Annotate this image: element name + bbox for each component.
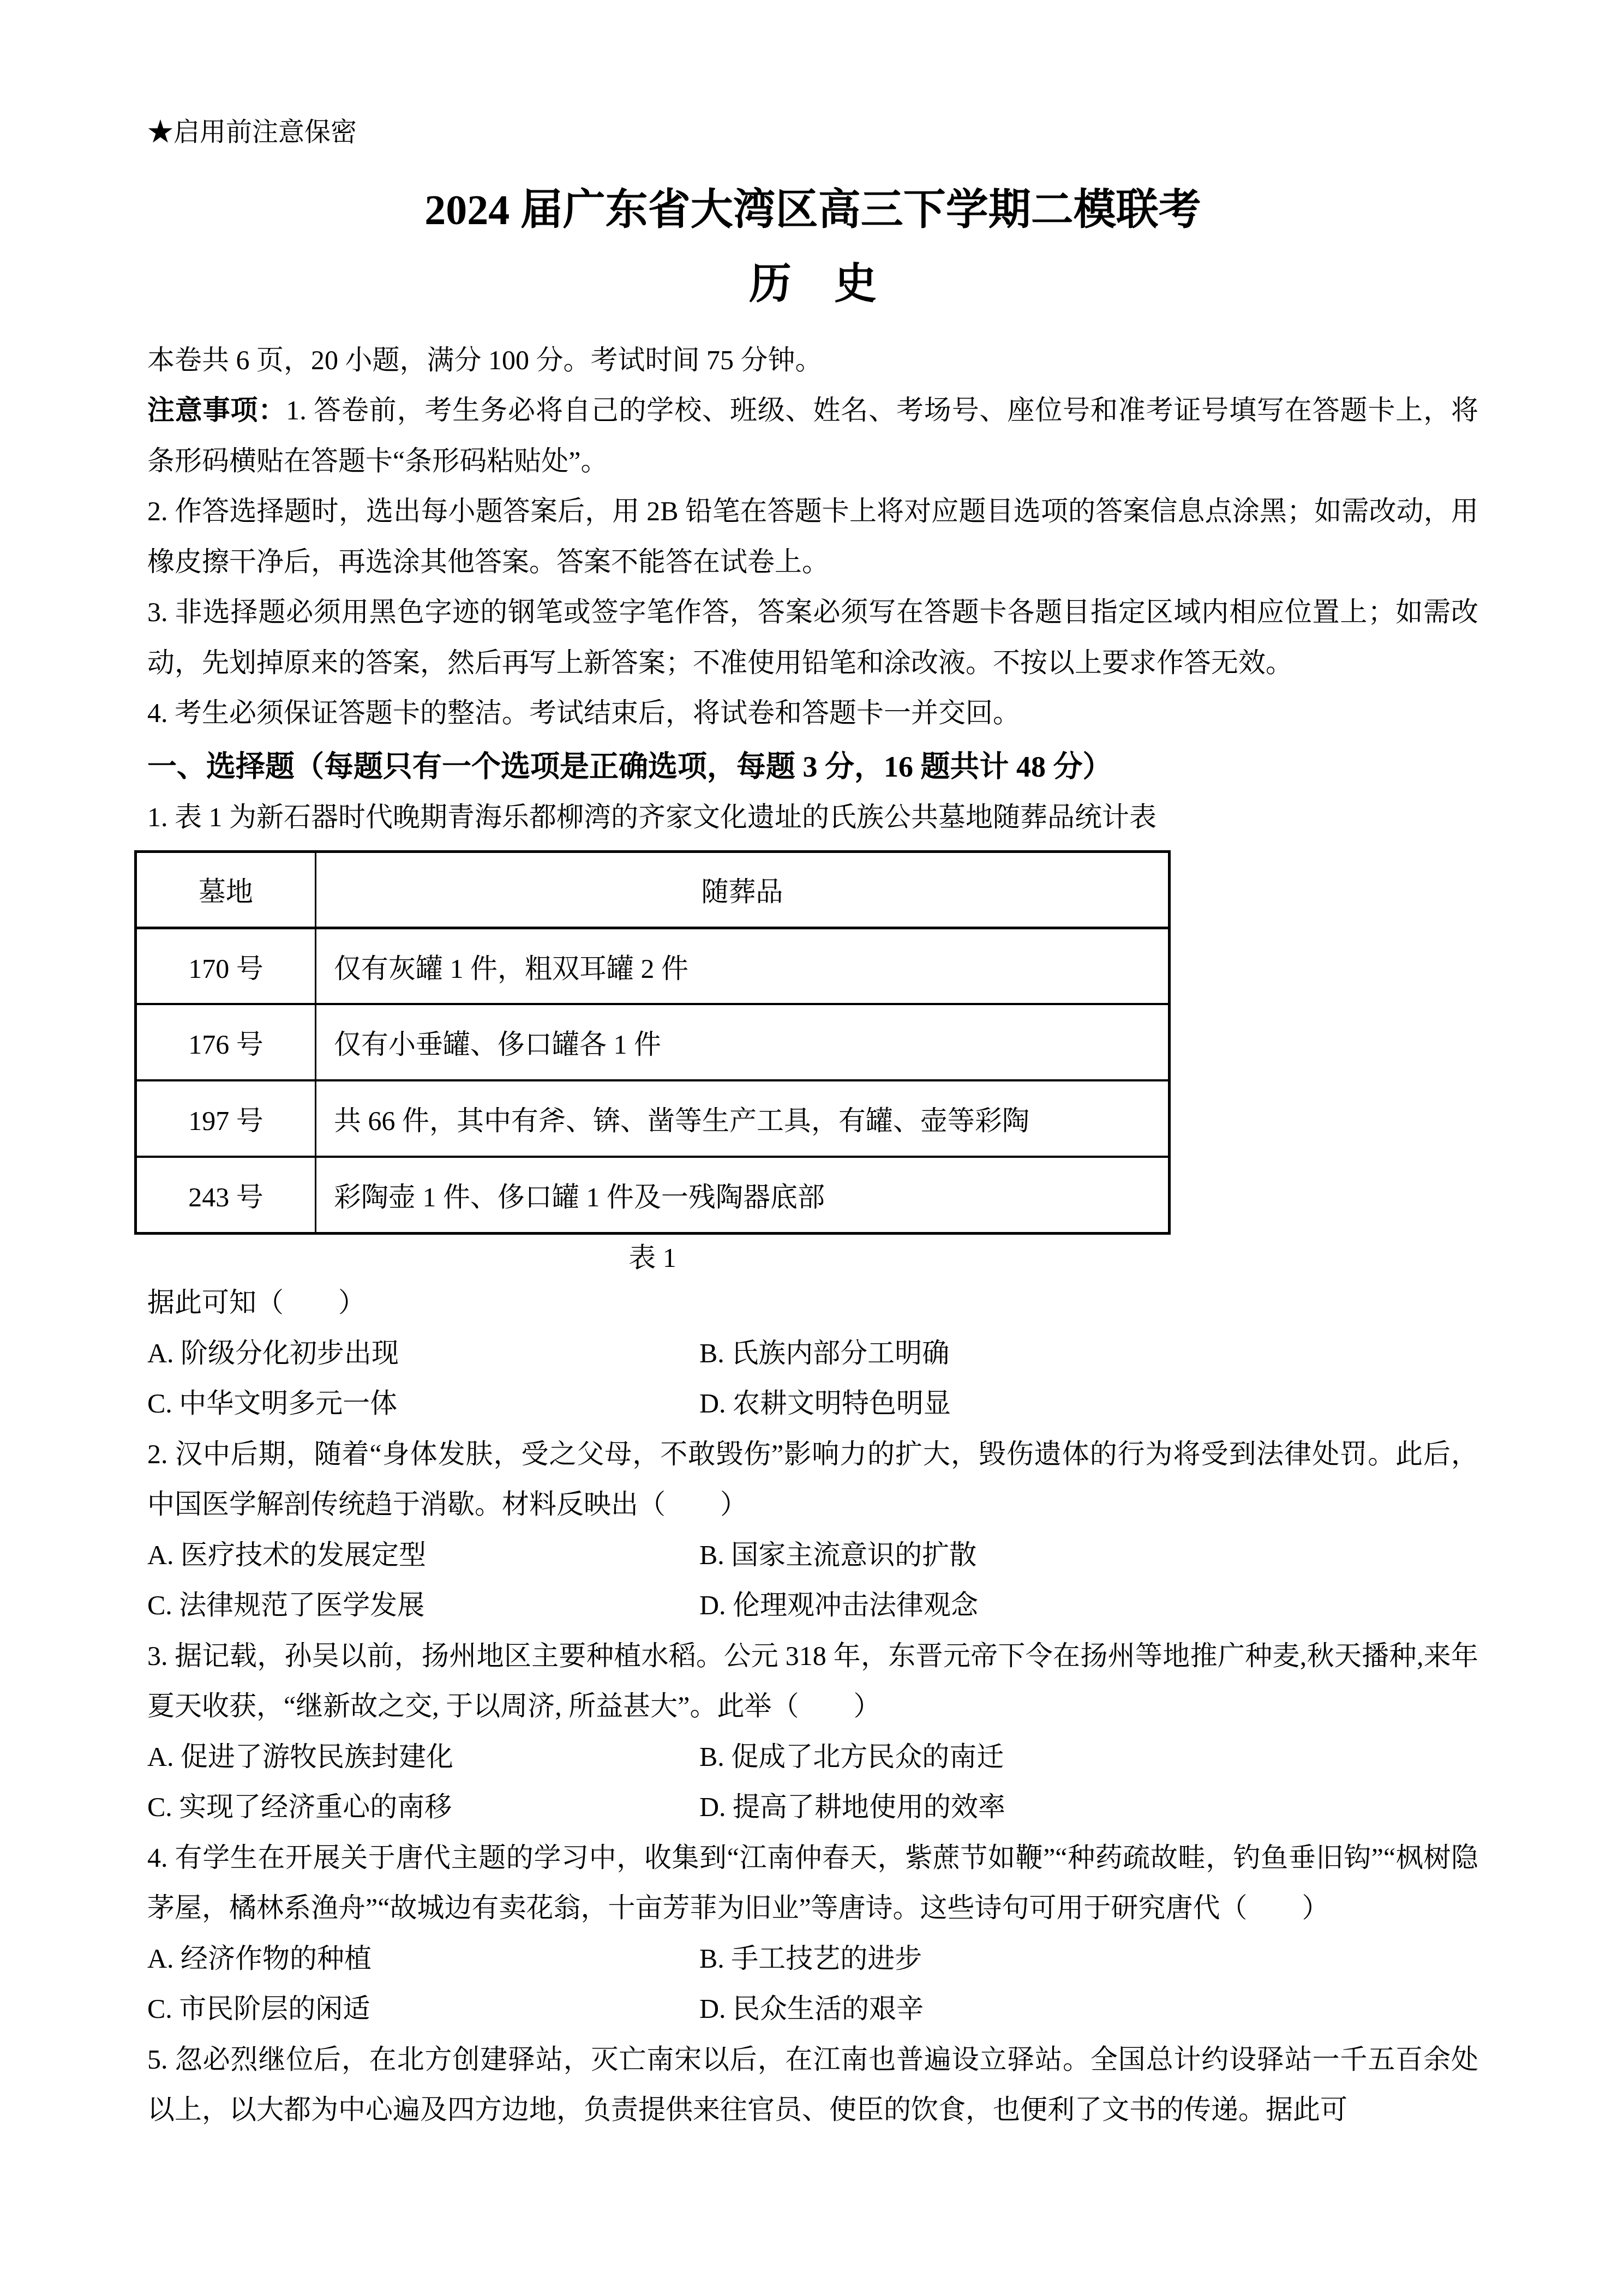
question-4-option-d: D. 民众生活的艰辛 [699,1984,1478,2034]
question-1-option-a: A. 阶级分化初步出现 [147,1328,699,1379]
table-header-row: 墓地 随葬品 [136,851,1170,928]
exam-subject: 历 史 [147,259,1478,310]
exam-paper-page: ★启用前注意保密 2024 届广东省大湾区高三下学期二模联考 历 史 本卷共 6… [0,0,1624,2296]
question-3-options: A. 促进了游牧民族封建化 B. 促成了北方民众的南迁 C. 实现了经济重心的南… [147,1732,1478,1832]
question-3-option-c: C. 实现了经济重心的南移 [147,1782,699,1832]
note-1-text: 1. 答卷前，考生务必将自己的学校、班级、姓名、考场号、座位号和准考证号填写在答… [147,395,1478,476]
goods-cell: 仅有小垂罐、侈口罐各 1 件 [316,1004,1170,1080]
note-1: 注意事项：1. 答卷前，考生务必将自己的学校、班级、姓名、考场号、座位号和准考证… [147,385,1478,486]
tomb-cell: 170 号 [136,928,316,1004]
column-header-goods: 随葬品 [316,851,1170,928]
question-4-stem: 4. 有学生在开展关于唐代主题的学习中，收集到“江南仲春天，紫蔗节如鞭”“种药疏… [147,1832,1478,1933]
question-4-option-c: C. 市民阶层的闲适 [147,1984,699,2034]
question-1-option-d: D. 农耕文明特色明显 [699,1378,1478,1429]
question-3-stem: 3. 据记载，孙吴以前，扬州地区主要种植水稻。公元 318 年，东晋元帝下令在扬… [147,1631,1478,1732]
question-5-stem: 5. 忽必烈继位后，在北方创建驿站，灭亡南宋以后，在江南也普遍设立驿站。全国总计… [147,2034,1478,2135]
question-2-option-b: B. 国家主流意识的扩散 [699,1530,1478,1580]
question-4-options: A. 经济作物的种植 B. 手工技艺的进步 C. 市民阶层的闲适 D. 民众生活… [147,1933,1478,2034]
question-2-option-d: D. 伦理观冲击法律观念 [699,1580,1478,1631]
note-3: 3. 非选择题必须用黑色字迹的钢笔或签字笔作答，答案必须写在答题卡各题目指定区域… [147,587,1478,688]
question-1-option-b: B. 氏族内部分工明确 [699,1328,1478,1379]
question-3-option-b: B. 促成了北方民众的南迁 [699,1732,1478,1782]
question-2-options: A. 医疗技术的发展定型 B. 国家主流意识的扩散 C. 法律规范了医学发展 D… [147,1530,1478,1631]
note-4: 4. 考生必须保证答题卡的整洁。考试结束后，将试卷和答题卡一并交回。 [147,688,1478,738]
table-row: 243 号 彩陶壶 1 件、侈口罐 1 件及一残陶器底部 [136,1157,1170,1233]
goods-cell: 仅有灰罐 1 件，粗双耳罐 2 件 [316,928,1170,1004]
question-1-option-c: C. 中华文明多元一体 [147,1378,699,1429]
table-row: 197 号 共 66 件，其中有斧、锛、凿等生产工具，有罐、壶等彩陶 [136,1080,1170,1157]
burial-goods-table: 墓地 随葬品 170 号 仅有灰罐 1 件，粗双耳罐 2 件 176 号 仅有小… [134,850,1171,1235]
table-row: 176 号 仅有小垂罐、侈口罐各 1 件 [136,1004,1170,1080]
question-4-option-b: B. 手工技艺的进步 [699,1933,1478,1984]
question-2-option-c: C. 法律规范了医学发展 [147,1580,699,1631]
table-caption: 表 1 [134,1238,1171,1278]
security-notice: ★启用前注意保密 [147,116,1478,149]
question-1-options: A. 阶级分化初步出现 B. 氏族内部分工明确 C. 中华文明多元一体 D. 农… [147,1328,1478,1429]
question-4-option-a: A. 经济作物的种植 [147,1933,699,1984]
table-row: 170 号 仅有灰罐 1 件，粗双耳罐 2 件 [136,928,1170,1004]
section-header: 一、选择题（每题只有一个选项是正确选项，每题 3 分，16 题共计 48 分） [147,742,1478,792]
question-1-stem: 据此可知（ ） [147,1277,1478,1328]
exam-info: 本卷共 6 页，20 小题，满分 100 分。考试时间 75 分钟。 [147,335,1478,386]
question-3-option-d: D. 提高了耕地使用的效率 [699,1782,1478,1832]
question-2-option-a: A. 医疗技术的发展定型 [147,1530,699,1580]
question-1-intro: 1. 表 1 为新石器时代晚期青海乐都柳湾的齐家文化遗址的氏族公共墓地随葬品统计… [147,792,1478,843]
exam-title: 2024 届广东省大湾区高三下学期二模联考 [147,184,1478,236]
tomb-cell: 243 号 [136,1157,316,1233]
tomb-cell: 197 号 [136,1080,316,1157]
note-2: 2. 作答选择题时，选出每小题答案后，用 2B 铅笔在答题卡上将对应题目选项的答… [147,486,1478,587]
goods-cell: 共 66 件，其中有斧、锛、凿等生产工具，有罐、壶等彩陶 [316,1080,1170,1157]
goods-cell: 彩陶壶 1 件、侈口罐 1 件及一残陶器底部 [316,1157,1170,1233]
tomb-cell: 176 号 [136,1004,316,1080]
question-3-option-a: A. 促进了游牧民族封建化 [147,1732,699,1782]
column-header-tomb: 墓地 [136,851,316,928]
question-2-stem: 2. 汉中后期，随着“身体发肤，受之父母，不敢毁伤”影响力的扩大，毁伤遗体的行为… [147,1429,1478,1530]
notes-label: 注意事项： [147,395,286,425]
